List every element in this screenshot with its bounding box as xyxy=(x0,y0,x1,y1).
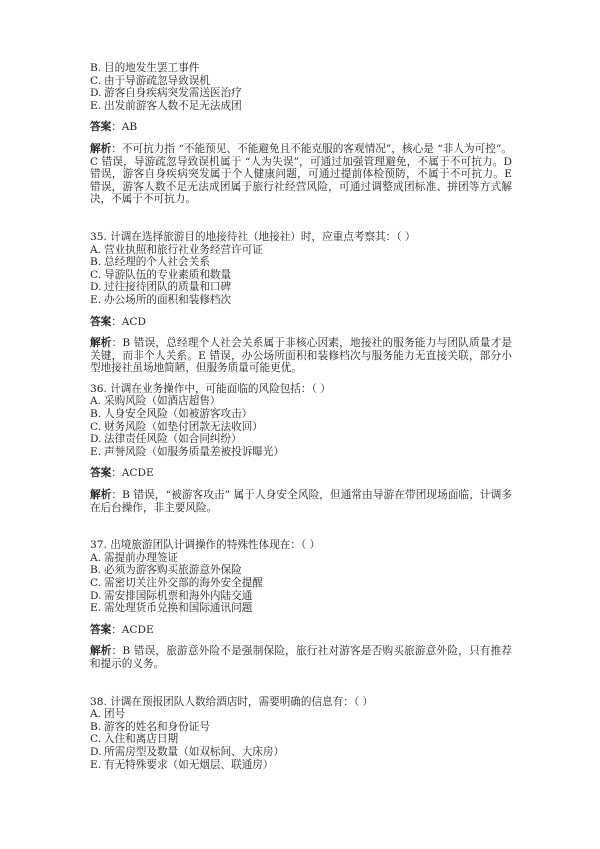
explanation: 解析：B 错误，总经理个人社会关系属于非核心因素，地接社的服务能力与团队质量才是… xyxy=(90,337,512,375)
option-e: E.出发前游客人数不足无法成团 xyxy=(90,100,512,113)
answer-line: 答案：AB xyxy=(90,121,512,134)
question-stem: 37. 出境旅游团队计调操作的特殊性体现在：（ ） xyxy=(90,539,512,552)
option-e: E.需处理货币兑换和国际通讯问题 xyxy=(90,602,512,615)
answer-line: 答案：ACDE xyxy=(90,624,512,637)
option-c: C.导游队伍的专业素质和数量 xyxy=(90,269,512,282)
option-d: D.所需房型及数量（如双标间、大床房） xyxy=(90,746,512,759)
option-c: C.入住和离店日期 xyxy=(90,733,512,746)
explanation: 解析：B 错误，“被游客攻击” 属于人身安全风险，但通常由导游在带团现场面临，计… xyxy=(90,489,512,514)
option-b: B.目的地发生罢工事件 xyxy=(90,62,512,75)
answer-line: 答案：ACD xyxy=(90,316,512,329)
explanation: 解析：B 错误，旅游意外险不是强制保险，旅行社对游客是否购买旅游意外险，只有推荐… xyxy=(90,645,512,670)
option-e: E.有无特殊要求（如无烟层、联通房） xyxy=(90,759,512,772)
option-c: C.财务风险（如垫付团款无法收回） xyxy=(90,421,512,434)
question-38: 38. 计调在预报团队人数给酒店时，需要明确的信息有：（ ） A.团号 B.游客… xyxy=(90,696,512,772)
option-a: A.团号 xyxy=(90,708,512,721)
option-a: A.营业执照和旅行社业务经营许可证 xyxy=(90,244,512,257)
option-a: A.需提前办理签证 xyxy=(90,552,512,565)
question-stem: 38. 计调在预报团队人数给酒店时，需要明确的信息有：（ ） xyxy=(90,696,512,709)
question-35: 35. 计调在选择旅游目的地接待社（地接社）时，应重点考察其：（ ） A.营业执… xyxy=(90,231,512,375)
option-d: D.需安排国际机票和海外内陆交通 xyxy=(90,590,512,603)
option-d: D.法律责任风险（如合同纠纷） xyxy=(90,433,512,446)
option-b: B.游客的姓名和身份证号 xyxy=(90,721,512,734)
option-c: C.需密切关注外交部的海外安全提醒 xyxy=(90,577,512,590)
explanation: 解析：不可抗力指 “不能预见、不能避免且不能克服的客观情况”，核心是 “非人为可… xyxy=(90,143,512,206)
question-36: 36. 计调在业务操作中，可能面临的风险包括：（ ） A.采购风险（如酒店超售）… xyxy=(90,383,512,514)
question-34-tail: B.目的地发生罢工事件 C.由于导游疏忽导致误机 D.游客自身疾病突发需送医治疗… xyxy=(90,62,512,206)
option-e: E.办公场所的面积和装修档次 xyxy=(90,294,512,307)
option-d: D.游客自身疾病突发需送医治疗 xyxy=(90,87,512,100)
answer-line: 答案：ACDE xyxy=(90,467,512,480)
option-b: B.人身安全风险（如被游客攻击） xyxy=(90,408,512,421)
option-b: B.必须为游客购买旅游意外保险 xyxy=(90,564,512,577)
option-e: E.声誉风险（如服务质量差被投诉曝光） xyxy=(90,446,512,459)
option-c: C.由于导游疏忽导致误机 xyxy=(90,75,512,88)
question-stem: 35. 计调在选择旅游目的地接待社（地接社）时，应重点考察其：（ ） xyxy=(90,231,512,244)
question-stem: 36. 计调在业务操作中，可能面临的风险包括：（ ） xyxy=(90,383,512,396)
document-page: B.目的地发生罢工事件 C.由于导游疏忽导致误机 D.游客自身疾病突发需送医治疗… xyxy=(90,62,512,771)
option-a: A.采购风险（如酒店超售） xyxy=(90,395,512,408)
option-d: D.过往接待团队的质量和口碑 xyxy=(90,281,512,294)
option-b: B.总经理的个人社会关系 xyxy=(90,256,512,269)
question-37: 37. 出境旅游团队计调操作的特殊性体现在：（ ） A.需提前办理签证 B.必须… xyxy=(90,539,512,670)
